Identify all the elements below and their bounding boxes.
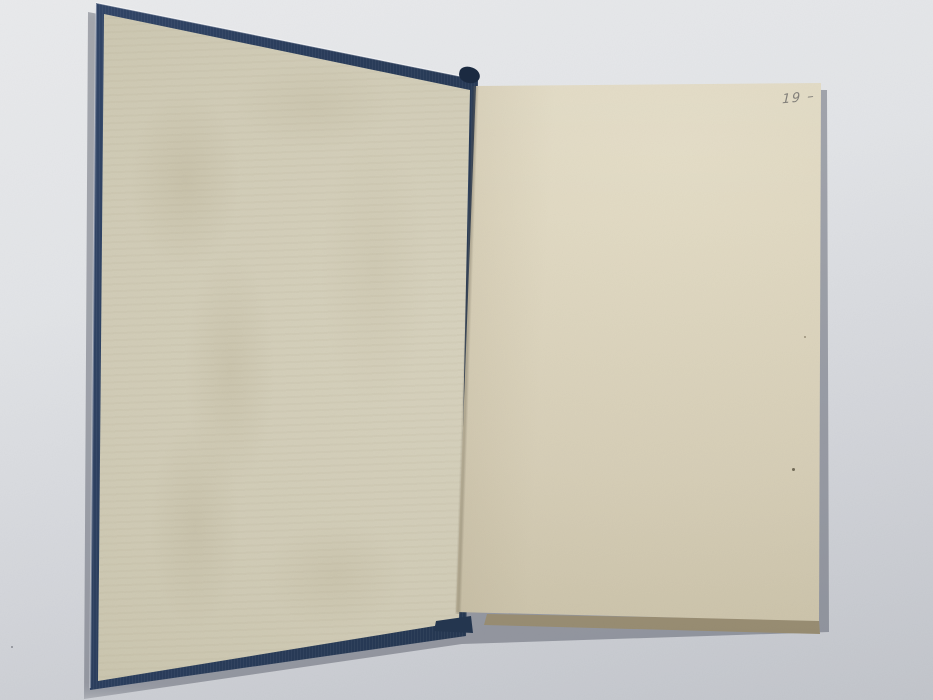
foxing-stain <box>130 90 240 270</box>
foxing-stain <box>265 520 405 630</box>
foxing-stain <box>150 420 240 630</box>
foxing-stain <box>235 60 395 150</box>
paper-speck <box>792 468 795 471</box>
photo-of-open-book: 19 – <box>0 0 933 700</box>
surface-speck <box>11 646 13 648</box>
foxing-stain <box>320 130 430 410</box>
paper-speck <box>804 336 806 338</box>
